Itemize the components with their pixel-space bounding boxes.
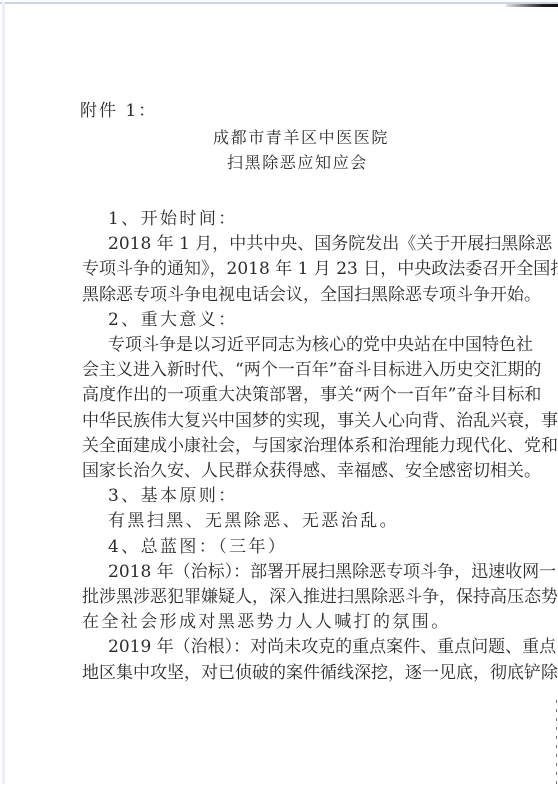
- scan-mark: [506, 4, 558, 7]
- body-line: 专项斗争是以习近平同志为核心的党中央站在中国特色社: [108, 335, 486, 355]
- body-line: 2018 年 1 月，中共中央、国务院发出《关于开展扫黑除恶: [108, 234, 486, 254]
- body-line: 地区集中攻坚，对已侦破的案件循线深挖，逐一见底，彻底铲除: [82, 663, 486, 683]
- body-line: 专项斗争的通知》，2018 年 1 月 23 日，中央政法委召开全国扫: [82, 259, 486, 279]
- scan-edge-right: [556, 700, 557, 784]
- body-line: 会主义进入新时代、“两个一百年”奋斗目标进入历史交汇期的: [82, 360, 486, 380]
- body-line: 黑除恶专项斗争电视电话会议，全国扫黑除恶专项斗争开始。: [82, 285, 486, 305]
- body-line: 4、总蓝图：（三年）: [108, 537, 486, 557]
- attachment-label: 附件 1：: [80, 101, 157, 121]
- body-line: 国家长治久安、人民群众获得感、幸福感、安全感密切相关。: [82, 461, 486, 481]
- body-line: 1、开始时间：: [108, 209, 486, 229]
- body-line: 2018 年（治标）：部署开展扫黑除恶专项斗争，迅速收网一: [108, 562, 486, 582]
- body-line: 2、重大意义：: [108, 310, 486, 330]
- body-line: 2019 年（治根）：对尚未攻克的重点案件、重点问题、重点: [108, 637, 486, 657]
- body-line: 在全社会形成对黑恶势力人人喊打的氛围。: [82, 612, 486, 632]
- body-line: 高度作出的一项重大决策部署，事关“两个一百年”奋斗目标和: [82, 385, 486, 405]
- document-title-line1: 成都市青羊区中医医院: [213, 128, 389, 148]
- body-line: 3、基本原则：: [108, 486, 486, 506]
- scan-edge-left: [2, 2, 5, 784]
- body-line: 中华民族伟大复兴中国梦的实现，事关人心向背、治乱兴衰，事: [82, 411, 486, 431]
- scan-edge-top: [0, 2, 558, 4]
- body-line: 关全面建成小康社会，与国家治理体系和治理能力现代化、党和: [82, 436, 486, 456]
- body-line: 有黑扫黑、无黑除恶、无恶治乱。: [108, 511, 486, 531]
- body-line: 批涉黑涉恶犯罪嫌疑人，深入推进扫黑除恶斗争，保持高压态势，: [82, 587, 486, 607]
- document-title-line2: 扫黑除恶应知应会: [227, 153, 368, 173]
